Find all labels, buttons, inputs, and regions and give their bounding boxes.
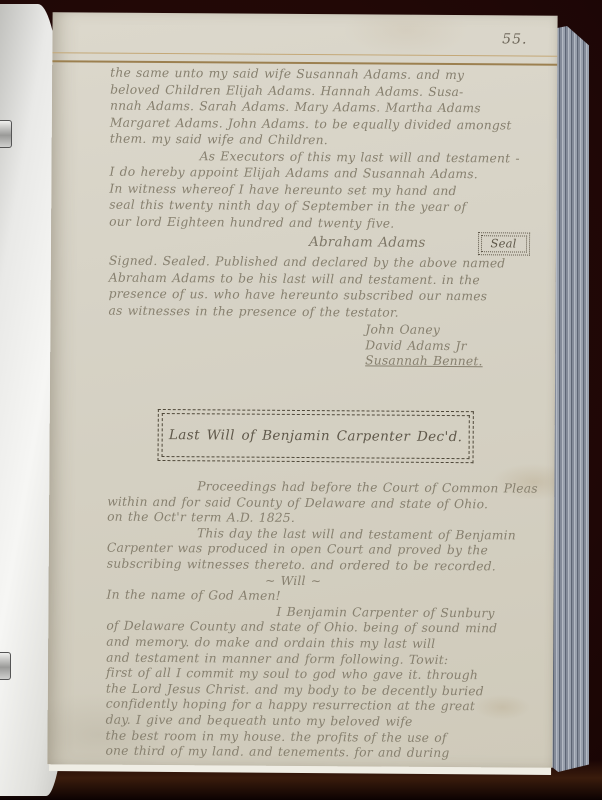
adams-will-continuation: the same unto my said wife Susannah Adam… bbox=[110, 65, 544, 151]
text-line: on the Oct'r term A.D. 1825. bbox=[107, 510, 540, 529]
executors-paragraph: As Executors of this my last will and te… bbox=[109, 147, 543, 233]
witness-list: John OaneyDavid Adams JrSusannah Bennet. bbox=[365, 322, 541, 370]
carpenter-will-body: I Benjamin Carpenter of Sunburyof Delawa… bbox=[105, 603, 539, 762]
invocation-line: In the name of God Amen! bbox=[107, 588, 540, 607]
binder-clip-top bbox=[0, 120, 12, 148]
text-line: as witnesses in the presence of the test… bbox=[108, 302, 541, 322]
text-line: them. my said wife and Children. bbox=[110, 131, 543, 151]
probate-paragraph-2: This day the last will and testament of … bbox=[107, 525, 540, 575]
header-rule-line bbox=[52, 52, 557, 66]
probate-paragraph-1: Proceedings had before the Court of Comm… bbox=[107, 479, 540, 529]
adams-will-section: the same unto my said wife Susannah Adam… bbox=[108, 65, 543, 371]
text-line: one third of my land. and tenements. for… bbox=[105, 744, 538, 763]
seal-box: Seal bbox=[480, 235, 526, 252]
text-line: John Oaney bbox=[365, 322, 541, 339]
text-line: Susannah Bennet. bbox=[365, 353, 541, 370]
carpenter-will-section: Proceedings had before the Court of Comm… bbox=[105, 479, 540, 763]
title-box: Last Will of Benjamin Carpenter Dec'd. bbox=[162, 413, 470, 459]
text-line: David Adams Jr bbox=[365, 338, 541, 355]
text-line: our lord Eighteen hundred and twenty fiv… bbox=[109, 213, 542, 233]
photo-background: { "colors": { "background": "#1f0706", "… bbox=[0, 0, 602, 800]
attestation-paragraph: Signed. Sealed. Published and declared b… bbox=[108, 253, 541, 322]
binder-clip-bottom bbox=[0, 652, 11, 680]
title-box-label: Last Will of Benjamin Carpenter Dec'd. bbox=[169, 427, 463, 445]
page-number: 55. bbox=[502, 31, 527, 47]
signature-row: Abraham Adams Seal bbox=[109, 231, 542, 255]
text-line: subscribing witnesses thereto. and order… bbox=[107, 557, 540, 576]
text-line: In the name of God Amen! bbox=[107, 588, 540, 607]
signature-abraham-adams: Abraham Adams bbox=[309, 234, 426, 251]
ledger-page: 55. the same unto my said wife Susannah … bbox=[47, 12, 557, 768]
